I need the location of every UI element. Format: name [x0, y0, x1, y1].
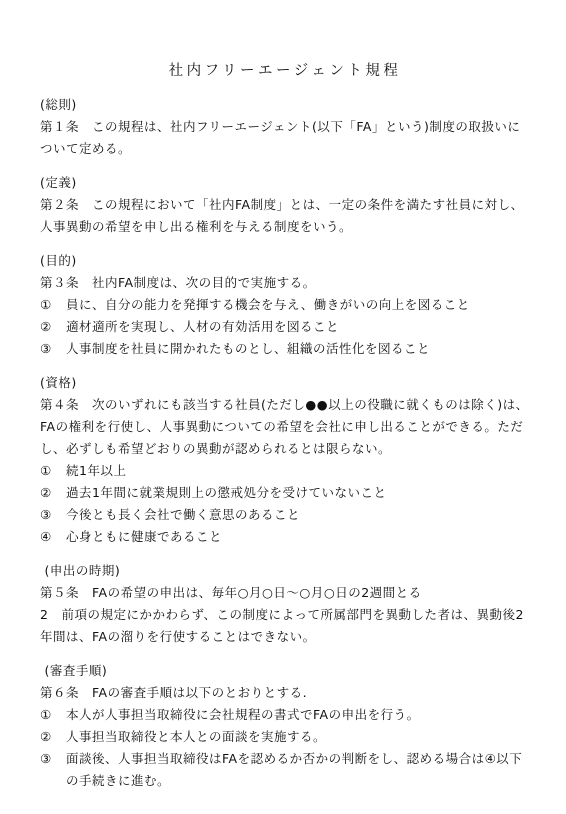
list-item: ① 本人が人事担当取締役に会社規程の書式でFAの申出を行う。 — [40, 704, 530, 726]
document-title: 社内フリーエージェント規程 — [40, 60, 530, 82]
article-5-paragraph-1: 第５条 FAの希望の申出は、毎年○月○日～○月○日の2週間とる — [40, 582, 530, 604]
list-item: ③ 今後とも長く会社で働く意思のあること — [40, 504, 530, 526]
item-marker: ① — [40, 460, 66, 482]
item-marker: ① — [40, 704, 66, 726]
section-heading: (申出の時期) — [40, 560, 530, 582]
list-item: ③ 人事制度を社員に開かれたものとし、組織の活性化を図ること — [40, 338, 530, 360]
item-marker: ③ — [40, 748, 66, 792]
section-heading: (審査手順) — [40, 660, 530, 682]
section-purpose: (目的) 第３条 社内FA制度は、次の目的で実施する。 ① 員に、自分の能力を発… — [40, 250, 530, 360]
section-application-period: (申出の時期) 第５条 FAの希望の申出は、毎年○月○日～○月○日の2週間とる … — [40, 560, 530, 648]
list-item: ④ 心身ともに健康であること — [40, 526, 530, 548]
section-heading: (資格) — [40, 372, 530, 394]
item-marker: ④ — [40, 526, 66, 548]
item-text: 今後とも長く会社で働く意思のあること — [66, 504, 530, 526]
item-text: 人事担当取締役と本人との面談を実施する。 — [66, 726, 530, 748]
item-marker: ③ — [40, 504, 66, 526]
article-1-paragraph: 第１条 この規程は、社内フリーエージェント(以下「FA」という)制度の取扱いにつ… — [40, 116, 530, 160]
section-qualification: (資格) 第４条 次のいずれにも該当する社員(ただし●●以上の役職に就くものは除… — [40, 372, 530, 548]
item-text: 続1年以上 — [66, 460, 530, 482]
item-marker: ② — [40, 726, 66, 748]
section-definition: (定義) 第２条 この規程において「社内FA制度」とは、一定の条件を満たす社員に… — [40, 172, 530, 238]
item-marker: ① — [40, 294, 66, 316]
article-2-paragraph: 第２条 この規程において「社内FA制度」とは、一定の条件を満たす社員に対し、人事… — [40, 194, 530, 238]
list-item: ② 過去1年間に就業規則上の懲戒処分を受けていないこと — [40, 482, 530, 504]
item-text: 人事制度を社員に開かれたものとし、組織の活性化を図ること — [66, 338, 530, 360]
list-item: ② 人事担当取締役と本人との面談を実施する。 — [40, 726, 530, 748]
section-heading: (定義) — [40, 172, 530, 194]
list-item: ③ 面談後、人事担当取締役はFAを認めるか否かの判断をし、認める場合は④以下の手… — [40, 748, 530, 792]
item-text: 本人が人事担当取締役に会社規程の書式でFAの申出を行う。 — [66, 704, 530, 726]
list-item: ② 適材適所を実現し、人材の有効活用を図ること — [40, 316, 530, 338]
item-text: 過去1年間に就業規則上の懲戒処分を受けていないこと — [66, 482, 530, 504]
item-marker: ③ — [40, 338, 66, 360]
list-item: ① 員に、自分の能力を発揮する機会を与え、働きがいの向上を図ること — [40, 294, 530, 316]
section-heading: (目的) — [40, 250, 530, 272]
article-6-paragraph: 第６条 FAの審査手順は以下のとおりとする. — [40, 682, 530, 704]
article-4-paragraph: 第４条 次のいずれにも該当する社員(ただし●●以上の役職に就くものは除く)は、F… — [40, 394, 530, 460]
section-review-procedure: (審査手順) 第６条 FAの審査手順は以下のとおりとする. ① 本人が人事担当取… — [40, 660, 530, 792]
item-marker: ② — [40, 482, 66, 504]
article-3-paragraph: 第３条 社内FA制度は、次の目的で実施する。 — [40, 272, 530, 294]
item-text: 心身ともに健康であること — [66, 526, 530, 548]
article-5-paragraph-2: 2 前項の規定にかかわらず、この制度によって所属部門を異動した者は、異動後2年間… — [40, 604, 530, 648]
item-text: 員に、自分の能力を発揮する機会を与え、働きがいの向上を図ること — [66, 294, 530, 316]
item-text: 適材適所を実現し、人材の有効活用を図ること — [66, 316, 530, 338]
item-text: 面談後、人事担当取締役はFAを認めるか否かの判断をし、認める場合は④以下の手続き… — [66, 748, 530, 792]
section-heading: (総則) — [40, 94, 530, 116]
section-general-rules: (総則) 第１条 この規程は、社内フリーエージェント(以下「FA」という)制度の… — [40, 94, 530, 160]
item-marker: ② — [40, 316, 66, 338]
document-page: 社内フリーエージェント規程 (総則) 第１条 この規程は、社内フリーエージェント… — [0, 0, 566, 814]
list-item: ① 続1年以上 — [40, 460, 530, 482]
